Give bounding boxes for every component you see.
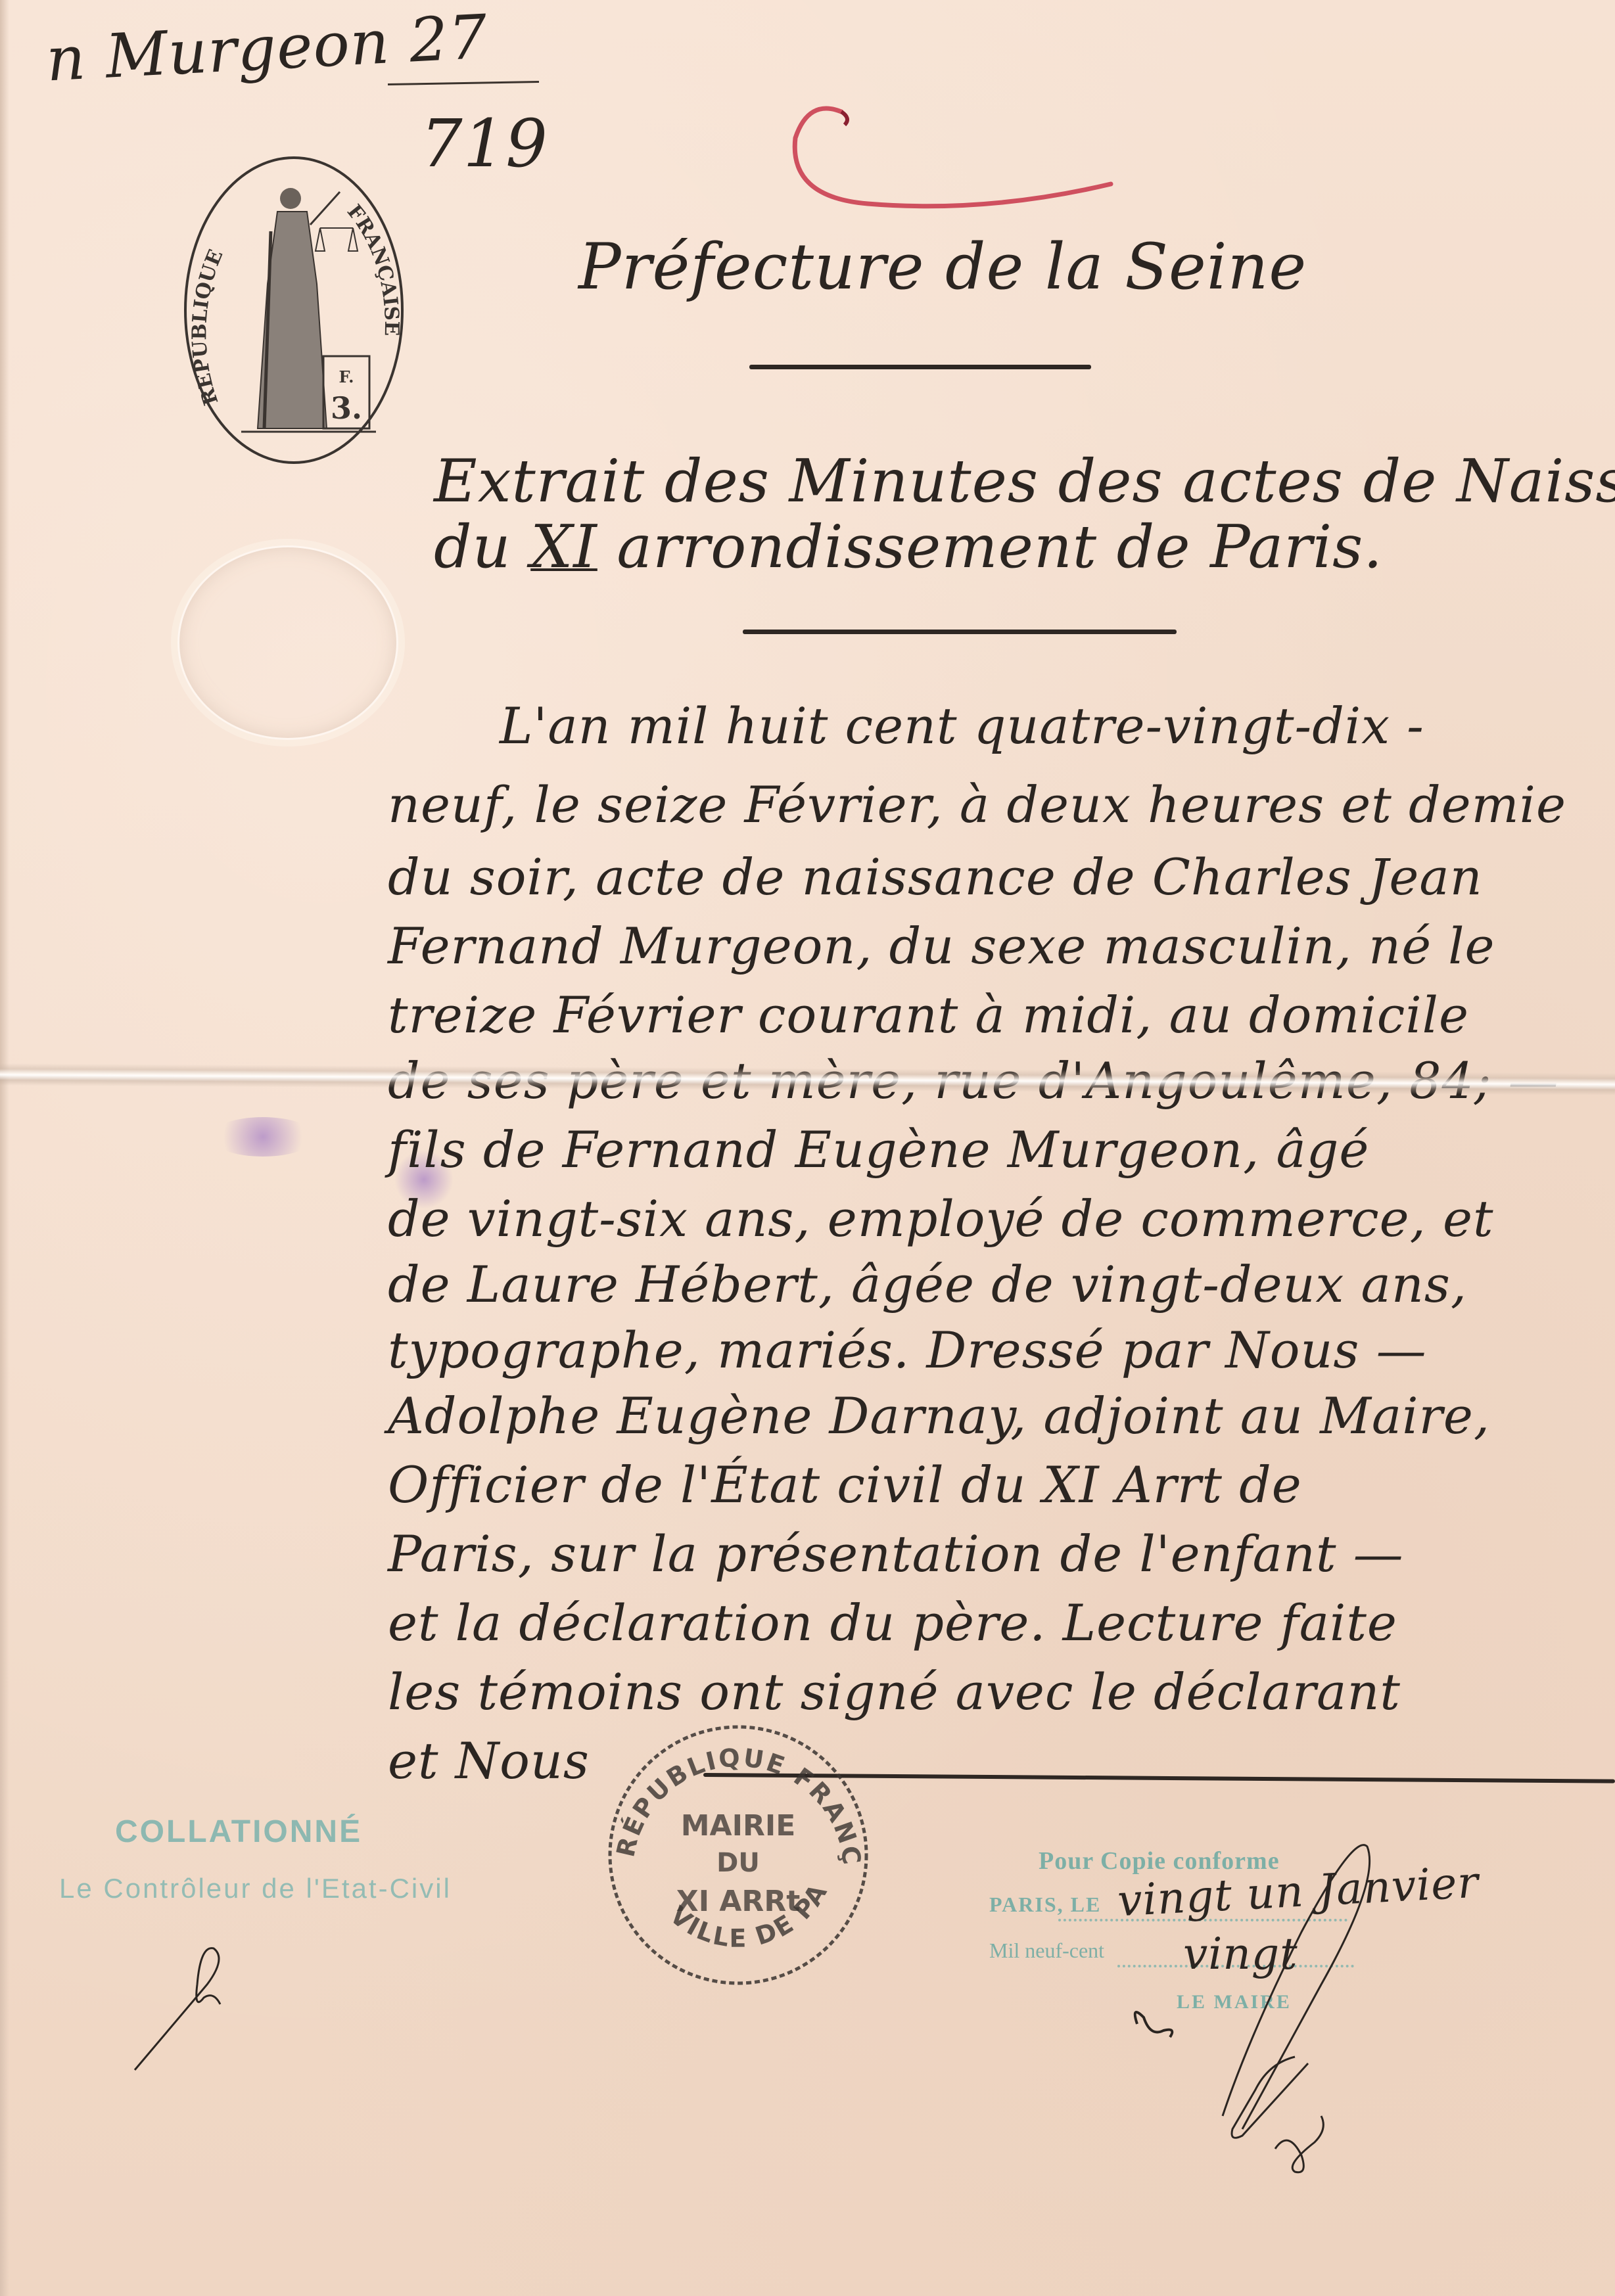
body-line-3: du soir, acte de naissance de Charles Je… bbox=[388, 848, 1483, 906]
body-line-14: et la déclaration du père. Lecture faite bbox=[388, 1594, 1397, 1652]
reference-number: 719 bbox=[421, 105, 548, 182]
extract-du: du bbox=[434, 513, 511, 582]
reference-rule bbox=[388, 81, 539, 85]
body-line-8: de vingt-six ans, employé de commerce, e… bbox=[388, 1189, 1494, 1248]
certification-line-3: Mil neuf-cent bbox=[989, 1939, 1104, 1963]
heading-rule bbox=[743, 630, 1177, 634]
fiscal-stamp: REPUBLIQUE FRANÇAISE F. 3. bbox=[179, 152, 409, 468]
stamp-value-bottom: 3. bbox=[331, 390, 362, 426]
prefecture-title: Préfecture de la Seine bbox=[578, 230, 1307, 304]
svg-text:RÉPUBLIQUE FRANÇAISE: RÉPUBLIQUE FRANÇAISE bbox=[603, 1720, 866, 1868]
extract-heading-line-2: du XI arrondissement de Paris. bbox=[434, 513, 1383, 582]
mayor-signature bbox=[1104, 1840, 1499, 2182]
round-stamp-top-legend: RÉPUBLIQUE FRANÇAISE bbox=[603, 1720, 866, 1868]
red-pencil-mark bbox=[769, 85, 1163, 230]
svg-text:FRANÇAISE: FRANÇAISE bbox=[342, 200, 403, 336]
stamp-legend-right: FRANÇAISE bbox=[342, 200, 403, 336]
body-line-9: de Laure Hébert, âgée de vingt-deux ans, bbox=[388, 1255, 1467, 1314]
round-stamp-center-1: MAIRIE bbox=[681, 1809, 796, 1843]
stamp-value-top: F. bbox=[339, 367, 354, 386]
extract-arrondissement: arrondissement de Paris. bbox=[617, 513, 1382, 582]
stamp-legend-left: REPUBLIQUE bbox=[188, 246, 227, 408]
mairie-round-stamp: RÉPUBLIQUE FRANÇAISE VILLE DE PARIS MAIR… bbox=[603, 1720, 873, 1990]
body-line-10: typographe, mariés. Dressé par Nous — bbox=[388, 1321, 1427, 1379]
paper-edge bbox=[0, 0, 9, 2296]
body-line-5: treize Février courant à midi, au domici… bbox=[388, 986, 1469, 1044]
svg-text:REPUBLIQUE: REPUBLIQUE bbox=[188, 246, 227, 408]
document-page: n Murgeon 27 719 REPUBLIQUE FRANÇAISE F.… bbox=[0, 0, 1615, 2296]
round-stamp-center-3: XI ARRt bbox=[676, 1885, 800, 1918]
reference-name: n Murgeon 27 bbox=[45, 1, 490, 95]
collation-stamp-title: COLLATIONNÉ bbox=[115, 1814, 362, 1850]
body-line-4: Fernand Murgeon, du sexe masculin, né le bbox=[388, 917, 1495, 975]
arrondissement-numeral: XI bbox=[530, 513, 597, 582]
certification-line-2: PARIS, LE bbox=[989, 1893, 1101, 1917]
body-line-13: Paris, sur la présentation de l'enfant — bbox=[388, 1525, 1404, 1583]
collation-stamp-subtitle: Le Contrôleur de l'Etat-Civil bbox=[59, 1873, 452, 1904]
marianne-justice-icon: REPUBLIQUE FRANÇAISE F. 3. bbox=[179, 152, 409, 468]
controller-signature bbox=[128, 1945, 260, 2077]
purple-ink-mark bbox=[210, 1117, 316, 1157]
body-line-1: L'an mil huit cent quatre-vingt-dix - bbox=[500, 697, 1424, 755]
body-line-11: Adolphe Eugène Darnay, adjoint au Maire, bbox=[388, 1387, 1490, 1445]
body-line-12: Officier de l'État civil du XI Arrt de bbox=[388, 1456, 1302, 1514]
title-rule bbox=[749, 365, 1091, 369]
extract-heading-line-1: Extrait des Minutes des actes de Naissan… bbox=[434, 447, 1615, 516]
body-line-7: fils de Fernand Eugène Murgeon, âgé bbox=[388, 1120, 1369, 1179]
body-line-15: les témoins ont signé avec le déclarant bbox=[388, 1663, 1401, 1721]
embossed-seal bbox=[177, 545, 398, 740]
body-line-2: neuf, le seize Février, à deux heures et… bbox=[388, 775, 1566, 834]
round-stamp-center-2: DU bbox=[716, 1848, 760, 1878]
body-line-16: et Nous bbox=[388, 1732, 590, 1790]
